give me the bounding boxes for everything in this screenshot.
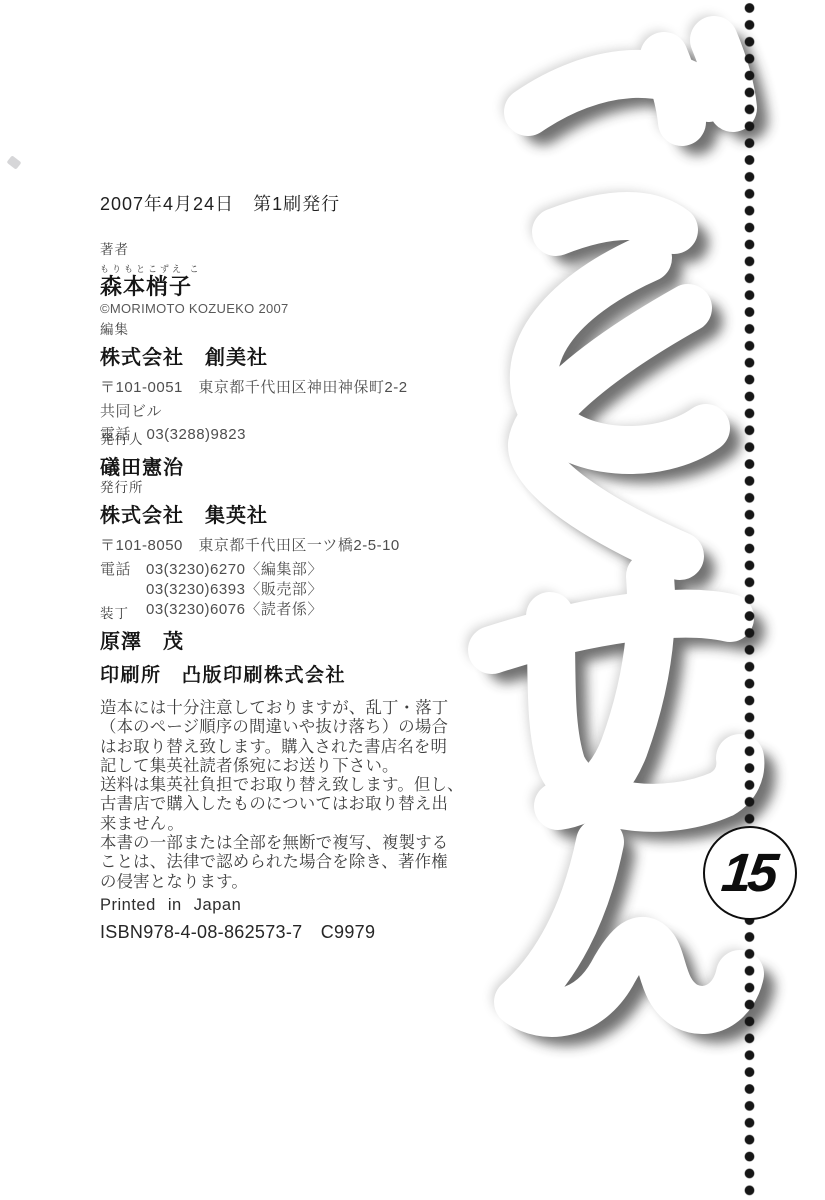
editor-postal: 〒101-0051 東京都千代田区神田神保町2-2 — [100, 378, 408, 399]
publisher-phone-sales: 03(3230)6393〈販売部〉 — [146, 580, 323, 600]
notice-line: 古書店で購入したものについてはお取り替え出 — [100, 795, 472, 814]
notice-line: 造本には十分注意しておりますが、乱丁・落丁 — [100, 699, 472, 718]
editor-building: 共同ビル — [100, 402, 408, 423]
author-block: 著者 もりもとこずえ こ 森本梢子 ©MORIMOTO KOZUEKO 2007 — [100, 238, 289, 316]
design-label: 装丁 — [100, 602, 184, 622]
publisher-postal: 〒101-8050 東京都千代田区一ツ橋2-5-10 — [100, 536, 400, 557]
edition-date-line: 2007年4月24日 第1刷発行 — [100, 190, 340, 216]
issuer-label: 発行人 — [100, 428, 184, 448]
notice-line: （本のページ順序の間違いや抜け落ち）の場合 — [100, 718, 472, 737]
notice-line: 記して集英社読者係宛にお送り下さい。 — [100, 757, 472, 776]
publisher-phone-label: 電話 — [100, 560, 146, 580]
publisher-phone-editorial: 03(3230)6270〈編集部〉 — [146, 560, 323, 580]
design-name: 原澤 茂 — [100, 625, 184, 654]
notice-line: 本書の一部または全部を無断で複写、複製する — [100, 834, 472, 853]
footer-block: Printed in Japan ISBN978-4-08-862573-7 C… — [100, 896, 375, 944]
editor-block: 編集 株式会社 創美社 〒101-0051 東京都千代田区神田神保町2-2 共同… — [100, 318, 408, 446]
notice-paragraph: 造本には十分注意しておりますが、乱丁・落丁 （本のページ順序の間違いや抜け落ち）… — [100, 699, 472, 892]
editor-label: 編集 — [100, 318, 408, 338]
design-block: 装丁 原澤 茂 — [100, 602, 184, 654]
copyright-line: ©MORIMOTO KOZUEKO 2007 — [100, 301, 289, 316]
volume-number: 15 — [719, 842, 782, 904]
author-name: 森本梢子 — [100, 275, 289, 299]
colophon-page: ごくせん 15 2007年4月24日 第1刷発行 著者 もりもとこずえ こ 森本… — [0, 0, 825, 1200]
notice-line: 送料は集英社負担でお取り替え致します。但し、 — [100, 776, 472, 795]
printer-line: 印刷所 凸版印刷株式会社 — [100, 660, 346, 687]
publisher-block: 発行所 株式会社 集英社 〒101-8050 東京都千代田区一ツ橋2-5-10 … — [100, 476, 400, 621]
author-label: 著者 — [100, 238, 289, 258]
issuer-block: 発行人 礒田憲治 — [100, 428, 184, 480]
notice-line: 来ません。 — [100, 815, 472, 834]
notice-line: はお取り替え致します。購入された書店名を明 — [100, 738, 472, 757]
dotted-border — [744, 0, 755, 1200]
publisher-label: 発行所 — [100, 476, 400, 496]
editor-company: 株式会社 創美社 — [100, 341, 408, 370]
publisher-company: 株式会社 集英社 — [100, 499, 400, 528]
printed-in-line: Printed in Japan — [100, 896, 375, 915]
publisher-phone-row: 03(3230)6393〈販売部〉 — [146, 580, 400, 600]
notice-line: ことは、法律で認められた場合を除き、著作権 — [100, 853, 472, 872]
notice-line: の侵害となります。 — [100, 873, 472, 892]
publisher-phone-row: 03(3230)6076〈読者係〉 — [146, 600, 400, 620]
isbn-line: ISBN978-4-08-862573-7 C9979 — [100, 918, 375, 944]
volume-badge: 15 — [703, 826, 797, 920]
publisher-phone-row: 電話 03(3230)6270〈編集部〉 — [100, 560, 400, 580]
